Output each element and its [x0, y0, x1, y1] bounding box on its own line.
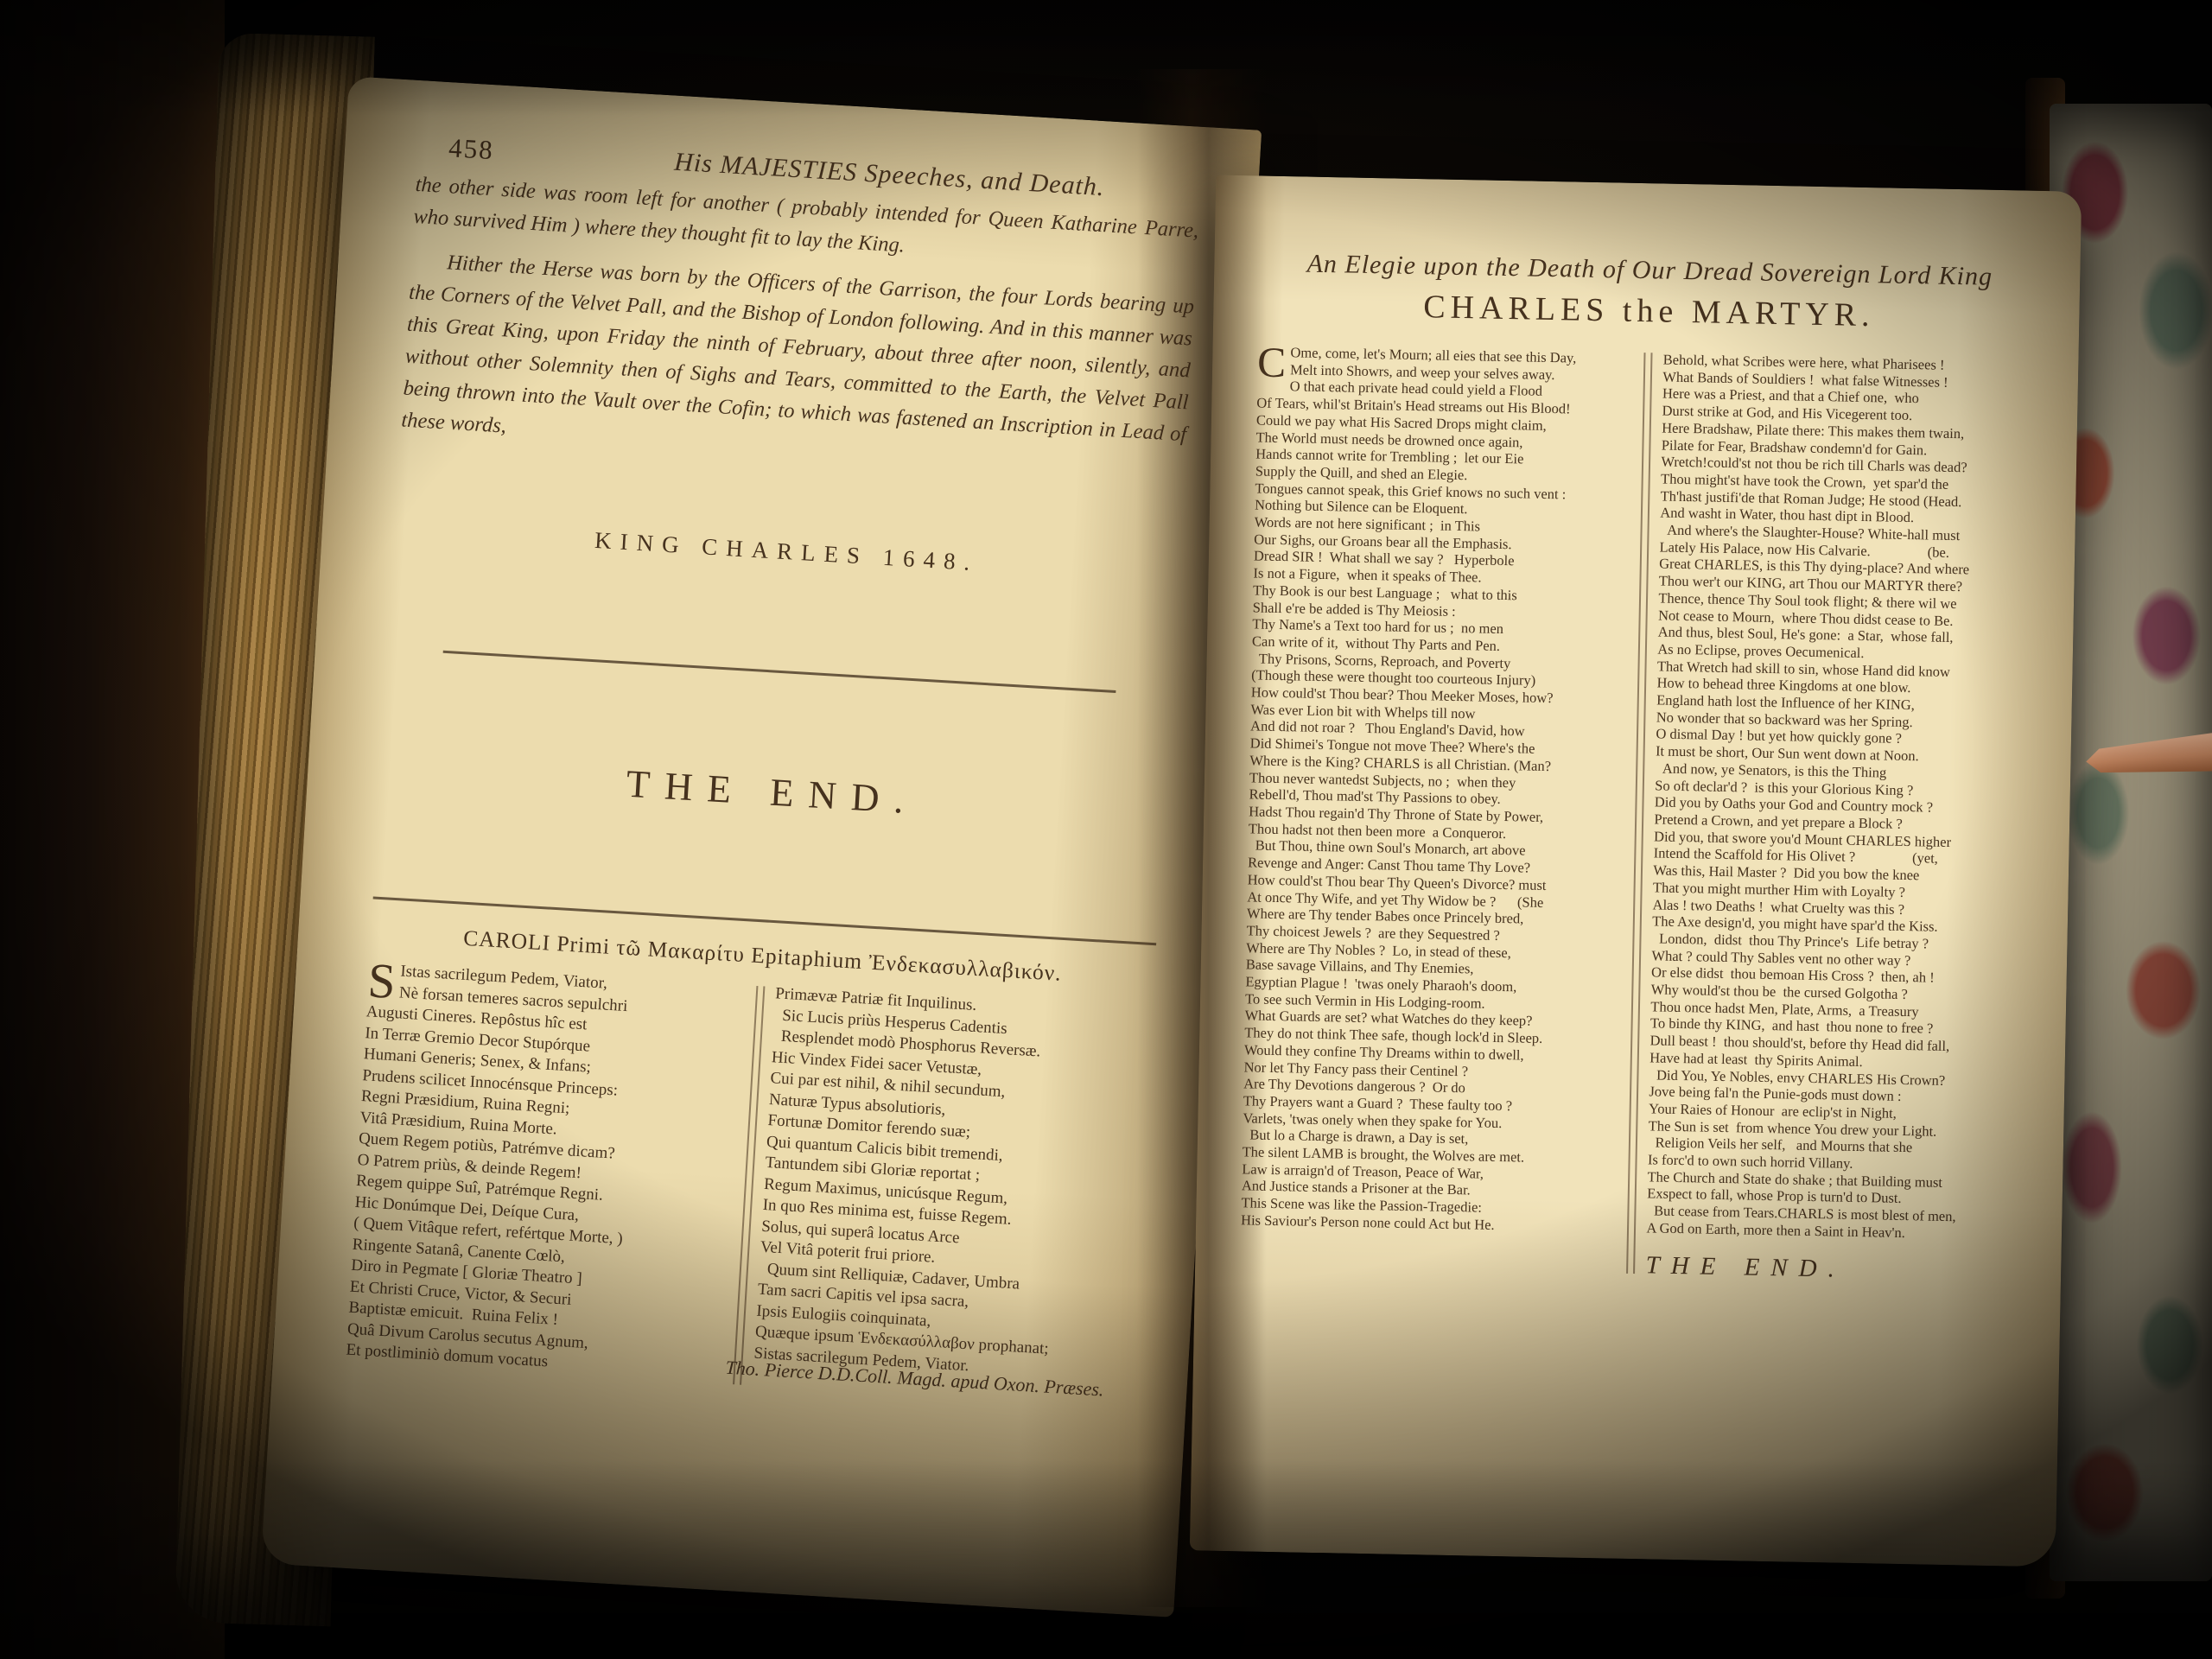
book-photo: 458 His MAJESTIES Speeches, and Death. t…: [0, 0, 2212, 1659]
paragraph: Hither the Herse was born by the Officer…: [400, 245, 1195, 482]
epitaph-column-right: Primævæ Patriæ fit Inquilinus. Sic Lucis…: [752, 983, 1152, 1408]
epitaph-column-left: SIstas sacrilegum Pedem, Viator,Nè forsa…: [346, 959, 746, 1383]
right-page: An Elegie upon the Death of Our Dread So…: [1190, 175, 2082, 1567]
elegy-columns: COme, come, let's Mourn; all eies that s…: [1240, 343, 2038, 1281]
the-end-heading: THE END.: [379, 747, 1165, 838]
page-number: 458: [448, 132, 579, 171]
elegy-column-2-wrap: Behold, what Scribes were here, what Pha…: [1645, 352, 2038, 1281]
elegy-column-2: Behold, what Scribes were here, what Pha…: [1646, 352, 2038, 1244]
the-end-elegy: THE END.: [1645, 1257, 2021, 1281]
left-page: 458 His MAJESTIES Speeches, and Death. t…: [261, 76, 1262, 1618]
epitaph-columns: SIstas sacrilegum Pedem, Viator,Nè forsa…: [346, 959, 1153, 1408]
horizontal-rule: [442, 651, 1116, 693]
lead-inscription: KING CHARLES 1648.: [394, 515, 1179, 588]
elegy-title-line2: CHARLES the MARTYR.: [1258, 285, 2040, 338]
elegy-column-1: COme, come, let's Mourn; all eies that s…: [1240, 343, 1633, 1273]
